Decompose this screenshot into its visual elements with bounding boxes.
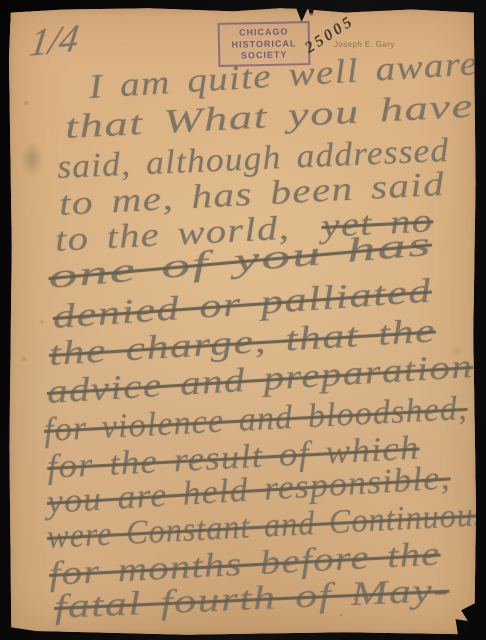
attribution-label: Joseph E. Gary: [334, 40, 395, 49]
accession-number: 25005: [302, 12, 358, 57]
manuscript-page: 1/4 CHICAGO HISTORICAL SOCIETY 25005 Jos…: [8, 7, 477, 636]
scan-canvas: { "page": { "description": "Photograph o…: [0, 0, 486, 640]
photo-black-border: 1/4 CHICAGO HISTORICAL SOCIETY 25005 Jos…: [0, 0, 486, 640]
paper-tear: [304, 7, 318, 22]
stamp-line: HISTORICAL: [220, 38, 308, 52]
page-number-annotation: 1/4: [27, 16, 82, 66]
